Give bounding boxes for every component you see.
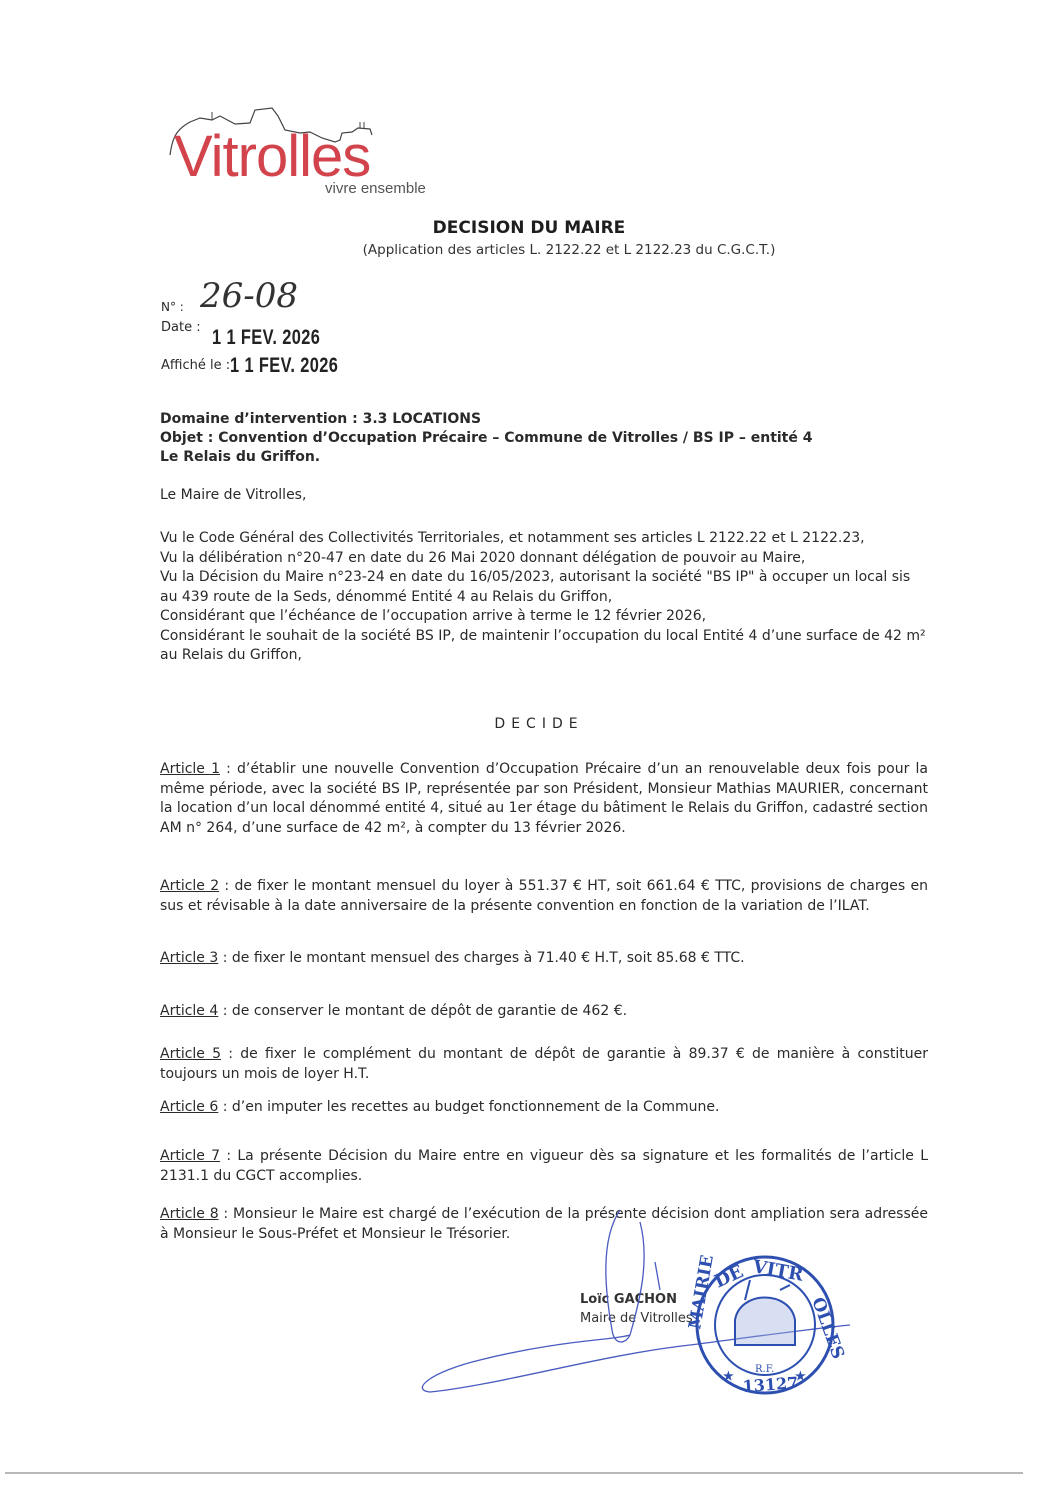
date-stamp: 1 1 FEV. 2026 [212,326,320,350]
decide-heading: DECIDE [0,716,1058,732]
signatory-title: Maire de Vitrolles [580,1309,693,1328]
logo-wordmark: Vitrolles [174,128,370,186]
article-label: Article 2 [160,878,219,894]
date-label: Date : [161,320,201,335]
article-label: Article 6 [160,1099,218,1115]
consideration: Vu la délibération n°20-47 en date du 26… [160,549,928,569]
official-seal-icon [697,1257,833,1393]
svg-text:13127: 13127 [742,1373,799,1396]
scan-edge-divider [5,1472,1023,1474]
article-text: : La présente Décision du Maire entre en… [160,1148,928,1184]
article-label: Article 5 [160,1046,221,1062]
article-text: : d’établir une nouvelle Convention d’Oc… [160,761,928,836]
article-6: Article 6 : d’en imputer les recettes au… [160,1098,928,1118]
consideration: Vu le Code Général des Collectivités Ter… [160,529,928,549]
article-text: : de fixer le complément du montant de d… [160,1046,928,1082]
signatory: Loïc GACHON Maire de Vitrolles [580,1290,693,1328]
preamble-opening: Le Maire de Vitrolles, [160,486,928,506]
svg-text:★: ★ [795,1369,806,1383]
decision-number: 26-08 [200,276,298,316]
article-label: Article 7 [160,1148,220,1164]
article-text: : de fixer le montant mensuel du loyer à… [160,878,928,914]
subject-line-1: Objet : Convention d’Occupation Précaire… [160,429,928,449]
article-2: Article 2 : de fixer le montant mensuel … [160,877,928,916]
logo-tagline: vivre ensemble [325,180,426,197]
number-label: N° : [161,300,184,314]
posted-label: Affiché le : [161,358,230,373]
svg-text:OLLES: OLLES [807,1295,848,1362]
considerations: Vu le Code Général des Collectivités Ter… [160,529,928,666]
article-text: : d’en imputer les recettes au budget fo… [218,1099,719,1115]
svg-text:VITR: VITR [750,1256,806,1286]
consideration: Considérant le souhait de la société BS … [160,627,928,666]
signatory-name: Loïc GACHON [580,1290,693,1309]
consideration: Considérant que l’échéance de l’occupati… [160,607,928,627]
document-subtitle: (Application des articles L. 2122.22 et … [0,242,1058,258]
vitrolles-logo: Vitrolles vivre ensemble [160,100,480,200]
article-label: Article 4 [160,1003,218,1019]
article-3: Article 3 : de fixer le montant mensuel … [160,949,928,969]
svg-text:DE: DE [711,1261,746,1292]
article-5: Article 5 : de fixer le complément du mo… [160,1045,928,1084]
svg-text:★: ★ [723,1369,734,1383]
article-text: : de conserver le montant de dépôt de ga… [218,1003,627,1019]
intervention-domain: Domaine d’intervention : 3.3 LOCATIONS [160,410,928,430]
article-label: Article 8 [160,1206,219,1222]
article-text: : de fixer le montant mensuel des charge… [218,950,744,966]
document-title: DECISION DU MAIRE [0,218,1058,238]
article-label: Article 1 [160,761,220,777]
article-7: Article 7 : La présente Décision du Mair… [160,1147,928,1186]
subject-line-2: Le Relais du Griffon. [160,448,928,468]
article-1: Article 1 : d’établir une nouvelle Conve… [160,760,928,838]
svg-text:R.F.: R.F. [755,1364,774,1375]
posted-stamp: 1 1 FEV. 2026 [230,354,338,378]
consideration: Vu la Décision du Maire n°23-24 en date … [160,568,928,607]
article-4: Article 4 : de conserver le montant de d… [160,1002,928,1022]
article-text: : Monsieur le Maire est chargé de l’exéc… [160,1206,928,1242]
article-8: Article 8 : Monsieur le Maire est chargé… [160,1205,928,1244]
article-label: Article 3 [160,950,218,966]
